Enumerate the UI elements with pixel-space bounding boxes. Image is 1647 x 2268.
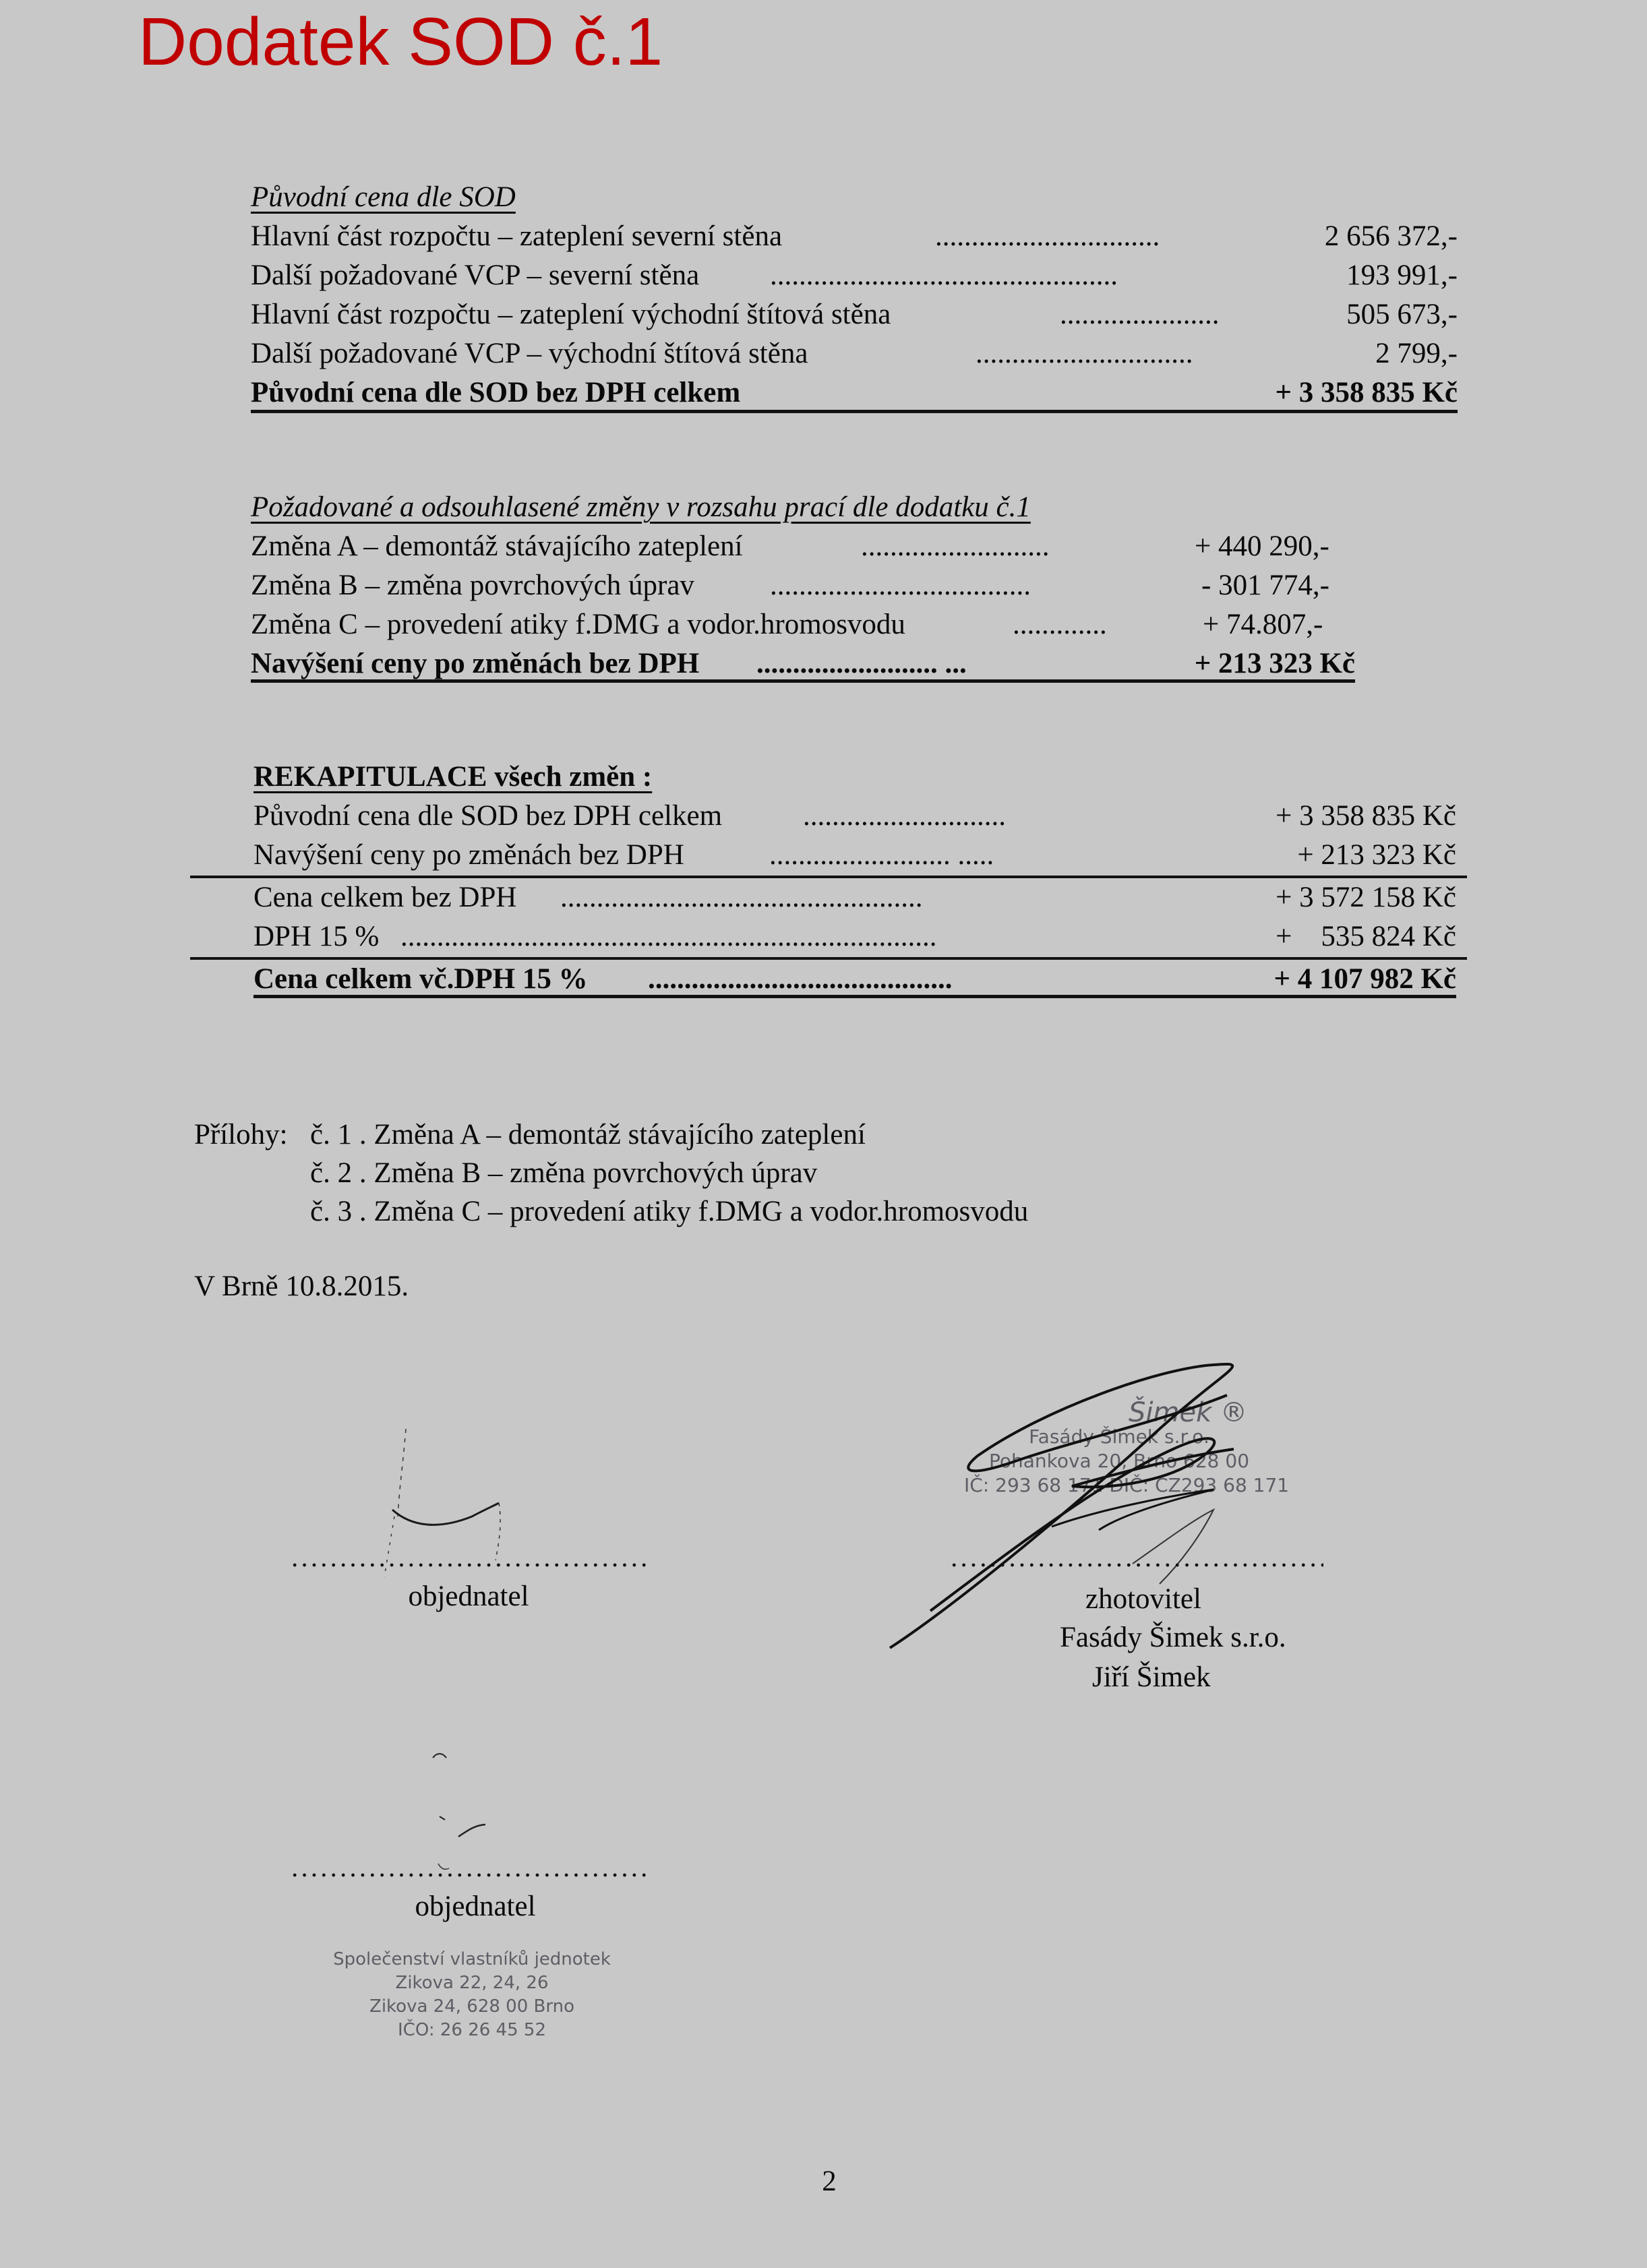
leader-dots: ......................... ..... [769,836,994,875]
section-heading-changes: Požadované a odsouhlasené změny v rozsah… [251,488,1031,527]
line-item: Změna B – změna povrchových úprav ......… [251,566,1355,605]
stamp-line: Zikova 24, 628 00 Brno [317,1995,627,2019]
attachment-item: č. 1 . Změna A – demontáž stávajícího za… [310,1115,866,1155]
line-item-label: Další požadované VCP – severní stěna [251,256,699,295]
line-item: Změna A – demontáž stávajícího zateplení… [251,527,1355,566]
line-item: Další požadované VCP – východní štítová … [251,334,1458,373]
leader-dots: .............................. [976,334,1193,373]
line-item-label: Změna B – změna povrchových úprav [251,566,694,605]
recap-value: + 535 824 Kč [1276,917,1456,956]
line-item-label: Změna C – provedení atiky f.DMG a vodor.… [251,605,905,644]
recap-value: + 3 572 158 Kč [1276,878,1456,917]
contractor-company: Fasády Šimek s.r.o. [1060,1618,1286,1657]
signature-role-contractor: zhotovitel [1085,1580,1201,1619]
place-date: V Brně 10.8.2015. [194,1267,409,1306]
line-item: Hlavní část rozpočtu – zateplení východn… [251,295,1458,334]
leader-dots: ............. [1013,605,1107,644]
recap-label: Původní cena dle SOD bez DPH celkem [253,797,722,836]
recap-label: Cena celkem bez DPH [253,878,516,917]
signature-role-customer: objednatel [297,1887,654,1926]
total-label: Původní cena dle SOD bez DPH celkem [251,373,740,412]
customer-signature-icon [418,1746,512,1874]
total-row: Původní cena dle SOD bez DPH celkem + 3 … [251,373,1458,412]
signature-role-customer: objednatel [290,1577,647,1616]
line-item-label: Změna A – demontáž stávajícího zateplení [251,527,743,566]
recap-row: Cena celkem bez DPH ....................… [253,878,1456,917]
customer-signature-icon [364,1422,526,1557]
underline-rule [253,995,1456,998]
leader-dots: ........................................… [770,256,1118,295]
recap-row: Navýšení ceny po změnách bez DPH .......… [253,836,1456,875]
total-value: + 3 358 835 Kč [1275,373,1458,412]
leader-dots: ........................................… [560,878,923,917]
line-item-value: 505 673,- [1346,295,1458,334]
stamp-line: Společenství vlastníků jednotek [317,1948,627,1971]
recap-row: Původní cena dle SOD bez DPH celkem ....… [253,797,1456,836]
total-row: Navýšení ceny po změnách bez DPH .......… [251,644,1355,683]
section-heading-recap: REKAPITULACE všech změn : [253,758,652,797]
underline-rule [251,679,1355,683]
document-title: Dodatek SOD č.1 [138,1,663,82]
attachment-item: č. 3 . Změna C – provedení atiky f.DMG a… [310,1192,1028,1231]
line-item-value: - 301 774,- [1201,566,1329,605]
leader-dots: .................................... [770,566,1031,605]
leader-dots: .......................... [861,527,1050,566]
page-number: 2 [796,2162,863,2201]
line-item: Další požadované VCP – severní stěna ...… [251,256,1458,295]
attachments-label: Přílohy: [194,1115,288,1155]
line-item-value: 2 799,- [1375,334,1458,373]
stamp-line: Zikova 22, 24, 26 [317,1971,627,1995]
contractor-person: Jiří Šimek [1092,1658,1211,1697]
attachment-item: č. 2 . Změna B – změna povrchových úprav [310,1154,817,1193]
leader-dots: ......................... ... [756,644,967,683]
stamp-line: IČO: 26 26 45 52 [317,2019,627,2042]
customer-stamp: Společenství vlastníků jednotek Zikova 2… [317,1948,627,2042]
line-item-value: + 74.807,- [1203,605,1323,644]
leader-dots: ............................ [803,797,1006,836]
signature-line [290,1563,647,1567]
recap-value: + 213 323 Kč [1297,836,1456,875]
section-heading-original-price: Původní cena dle SOD [251,178,516,217]
recap-label: Navýšení ceny po změnách bez DPH [253,836,684,875]
line-item-value: 193 991,- [1346,256,1458,295]
line-item-value: 2 656 372,- [1325,217,1458,256]
line-item-label: Další požadované VCP – východní štítová … [251,334,808,373]
line-item-label: Hlavní část rozpočtu – zateplení východn… [251,295,891,334]
recap-label: DPH 15 % [253,917,379,956]
line-item: Změna C – provedení atiky f.DMG a vodor.… [251,605,1355,644]
underline-rule [251,410,1458,413]
recap-row: DPH 15 % ...............................… [253,917,1456,956]
grand-total-row: Cena celkem vč.DPH 15 % ................… [253,960,1456,999]
leader-dots: ........................................… [648,960,953,999]
recap-value: + 3 358 835 Kč [1276,797,1456,836]
total-label: Navýšení ceny po změnách bez DPH [251,644,699,683]
leader-dots: ............................... [935,217,1160,256]
grand-total-value: + 4 107 982 Kč [1274,960,1456,999]
signature-line [290,1873,647,1877]
line-item-label: Hlavní část rozpočtu – zateplení severní… [251,217,782,256]
total-value: + 213 323 Kč [1195,644,1355,683]
leader-dots: ........................................… [400,917,937,956]
line-item: Hlavní část rozpočtu – zateplení severní… [251,217,1458,256]
grand-total-label: Cena celkem vč.DPH 15 % [253,960,588,999]
signature-line [949,1563,1323,1567]
leader-dots: ...................... [1060,295,1220,334]
line-item-value: + 440 290,- [1195,527,1329,566]
